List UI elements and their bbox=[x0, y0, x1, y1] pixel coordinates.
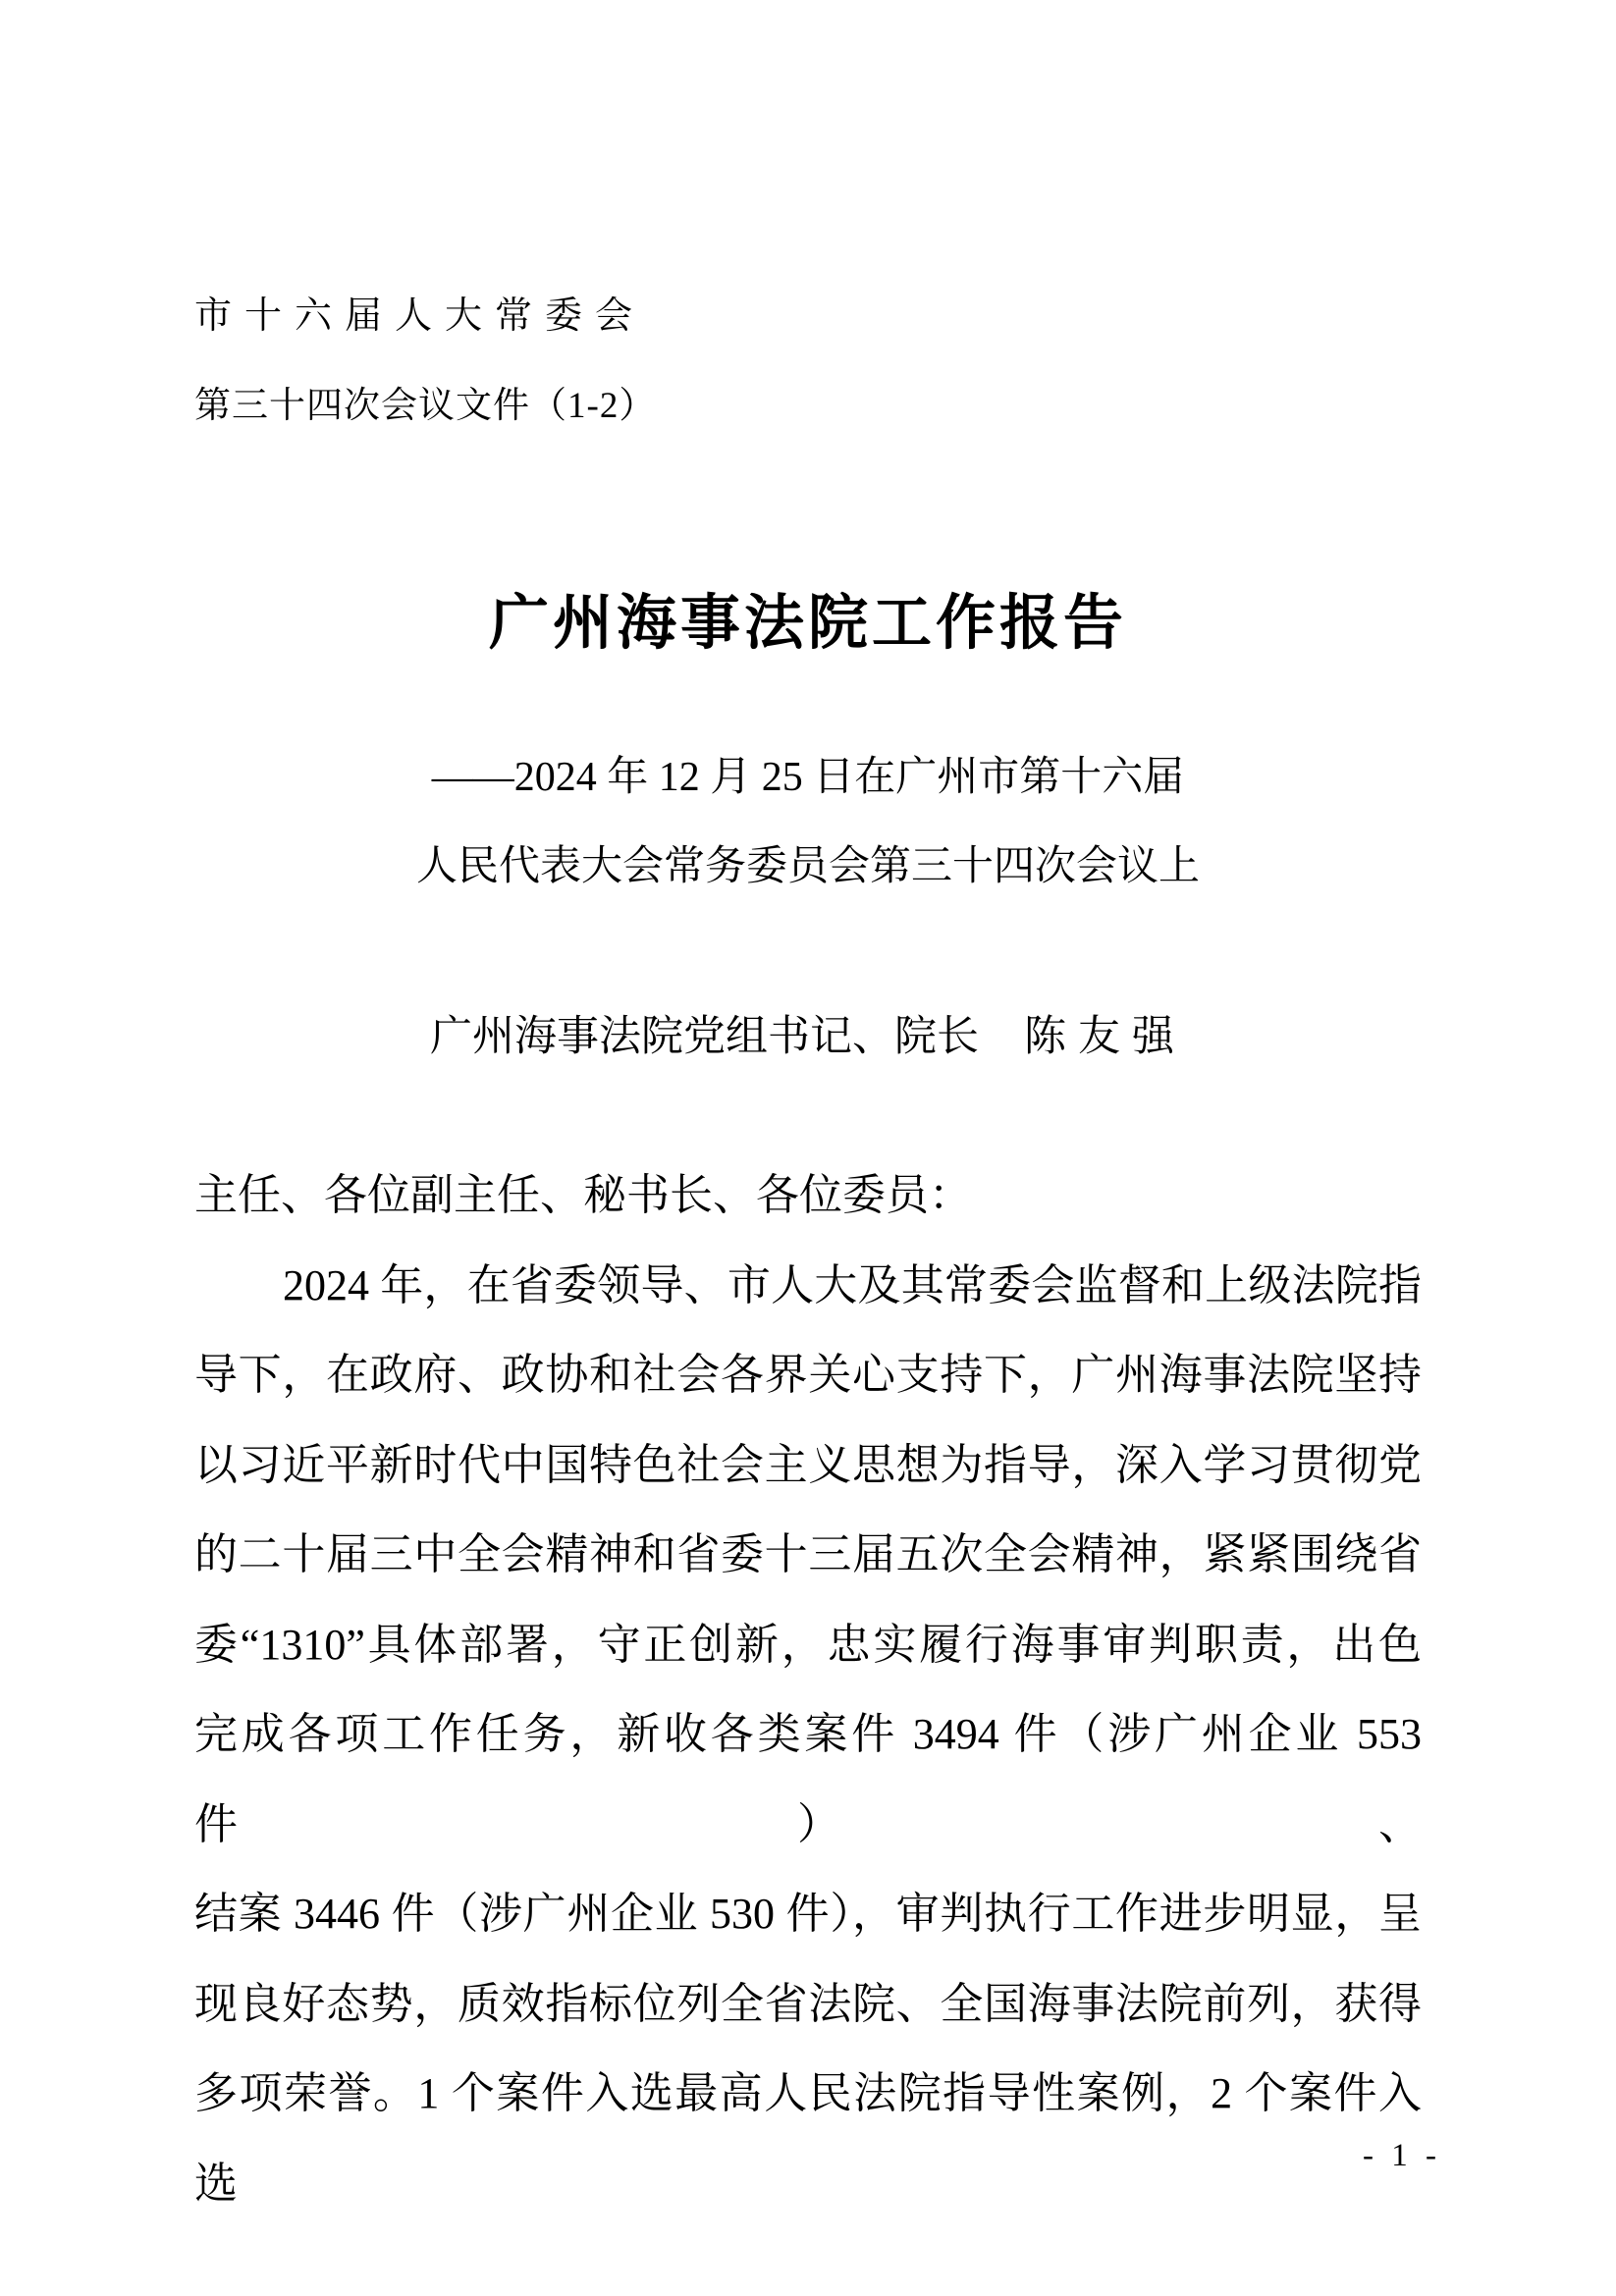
salutation-line: 主任、各位副主任、秘书长、各位委员： bbox=[194, 1150, 1422, 1241]
meeting-document-number: 第三十四次会议文件（1-2） bbox=[194, 375, 656, 428]
author-line: 广州海事法院党组书记、院长陈友强 bbox=[0, 1003, 1616, 1063]
paragraph-line: 多项荣誉。1 个案件入选最高人民法院指导性案例，2 个案件入选 bbox=[194, 2049, 1422, 2228]
paragraph-line: 的二十届三中全会精神和省委十三届五次全会精神，紧紧围绕省 bbox=[194, 1510, 1422, 1600]
paragraph-line: 以习近平新时代中国特色社会主义思想为指导，深入学习贯彻党 bbox=[194, 1420, 1422, 1511]
paragraph-line: 现良好态势，质效指标位列全省法院、全国海事法院前列，获得 bbox=[194, 1959, 1422, 2050]
author-name: 陈友强 bbox=[1024, 1014, 1186, 1060]
committee-name: 市十六届人大常委会 bbox=[194, 285, 645, 339]
paragraph-line: 2024 年，在省委领导、市人大及其常委会监督和上级法院指 bbox=[194, 1241, 1422, 1331]
author-position: 广州海事法院党组书记、院长 bbox=[430, 1014, 979, 1060]
document-page: 市十六届人大常委会 第三十四次会议文件（1-2） 广州海事法院工作报告 ——20… bbox=[0, 0, 1616, 2296]
paragraph-line: 导下，在政府、政协和社会各界关心支持下，广州海事法院坚持 bbox=[194, 1330, 1422, 1420]
document-title: 广州海事法院工作报告 bbox=[0, 575, 1616, 661]
subtitle-line-1: ——2024 年 12 月 25 日在广州市第十六届 bbox=[0, 733, 1616, 823]
paragraph-line: 完成各项工作任务，新收各类案件 3494 件（涉广州企业 553 件）、 bbox=[194, 1689, 1422, 1869]
subtitle-line-2: 人民代表大会常务委员会第三十四次会议上 bbox=[0, 823, 1616, 912]
paragraph-lines: 2024 年，在省委领导、市人大及其常委会监督和上级法院指导下，在政府、政协和社… bbox=[194, 1241, 1422, 2229]
document-subtitle: ——2024 年 12 月 25 日在广州市第十六届 人民代表大会常务委员会第三… bbox=[0, 733, 1616, 912]
paragraph-line: 委“1310”具体部署，守正创新，忠实履行海事审判职责，出色 bbox=[194, 1600, 1422, 1690]
page-number: - 1 - bbox=[1363, 2138, 1441, 2174]
paragraph-line: 结案 3446 件（涉广州企业 530 件），审判执行工作进步明显，呈 bbox=[194, 1869, 1422, 1959]
report-body: 主任、各位副主任、秘书长、各位委员： 2024 年，在省委领导、市人大及其常委会… bbox=[194, 1150, 1422, 2228]
